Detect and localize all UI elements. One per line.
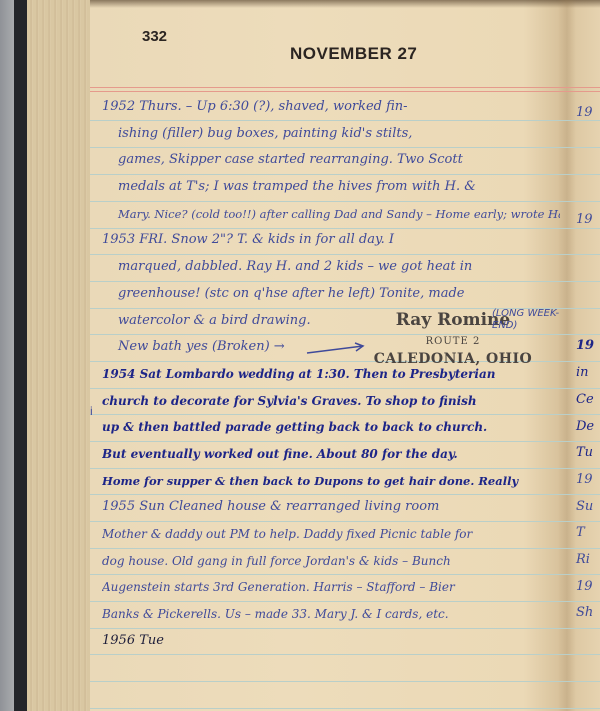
entry-1952-line-2: ishing (filler) bug boxes, painting kid'… bbox=[102, 121, 560, 148]
entry-1952-line-1: 1952 Thurs. – Up 6:30 (?), shaved, worke… bbox=[102, 94, 560, 121]
date-header: NOVEMBER 27 bbox=[290, 44, 417, 64]
fragment: Ce bbox=[576, 387, 600, 414]
fragment: T bbox=[576, 520, 600, 547]
margin-mark: i bbox=[90, 404, 93, 418]
fragment: 19 bbox=[576, 574, 600, 601]
entry-1953-line-1: 1953 FRI. Snow 2"? T. & kids in for all … bbox=[102, 227, 560, 254]
fragment: Su bbox=[576, 494, 600, 521]
entry-1953-line-2: marqued, dabbled. Ray H. and 2 kids – we… bbox=[102, 254, 560, 281]
book-background bbox=[0, 0, 14, 711]
entry-1955-line-2: Mother & daddy out PM to help. Daddy fix… bbox=[102, 521, 560, 548]
entry-1954-line-2: church to decorate for Sylvia's Graves. … bbox=[102, 388, 560, 415]
entry-1955-line-1: 1955 Sun Cleaned house & rearranged livi… bbox=[102, 494, 560, 521]
fragment: in bbox=[576, 360, 600, 387]
page-gutter bbox=[558, 0, 576, 711]
fragment: Sh bbox=[576, 600, 600, 627]
diary-page: 332 NOVEMBER 27 i 1952 Thurs. – Up 6:30 … bbox=[90, 0, 600, 711]
entry-1955-line-5: Banks & Pickerells. Us – made 33. Mary J… bbox=[102, 601, 560, 628]
entry-1952-line-4: medals at T's; I was tramped the hives f… bbox=[102, 174, 560, 201]
entry-1954-line-5: Home for supper & then back to Dupons to… bbox=[102, 468, 560, 495]
ruled-line bbox=[90, 681, 600, 682]
long-weekend-note: (LONG WEEK-END) bbox=[492, 308, 562, 332]
entry-1952-line-3: games, Skipper case started rearranging.… bbox=[102, 147, 560, 174]
entry-1955-line-3: dog house. Old gang in full force Jordan… bbox=[102, 548, 560, 575]
page-top-shadow bbox=[90, 0, 600, 8]
fragment: De bbox=[576, 414, 600, 441]
fragment: 19 bbox=[576, 100, 600, 127]
entry-1954-line-4: But eventually worked out fine. About 80… bbox=[102, 441, 560, 468]
fragment: 19 bbox=[576, 467, 600, 494]
fragment: 19 bbox=[576, 333, 600, 360]
book-cover-edge bbox=[14, 0, 27, 711]
diary-entries: 1952 Thurs. – Up 6:30 (?), shaved, worke… bbox=[102, 94, 560, 654]
fragment: Tu bbox=[576, 440, 600, 467]
entry-1954-line-3: up & then battled parade getting back to… bbox=[102, 414, 560, 441]
entry-1956-line-1: 1956 Tue bbox=[102, 628, 560, 655]
entry-1952-line-5: Mary. Nice? (cold too!!) after calling D… bbox=[102, 201, 560, 228]
entry-1953-line-3: greenhouse! (stc on q'hse after he left)… bbox=[102, 281, 560, 308]
entry-1955-line-4: Augenstein starts 3rd Generation. Harris… bbox=[102, 574, 560, 601]
facing-page-fragments: 19 19 19 in Ce De Tu 19 Su T Ri 19 Sh bbox=[576, 100, 600, 627]
page-stack-edges bbox=[27, 0, 90, 711]
stamp-route: ROUTE 2 bbox=[358, 336, 548, 347]
stamp-city: CALEDONIA, OHIO bbox=[358, 351, 548, 367]
header-red-rule bbox=[90, 87, 600, 92]
fragment: 19 bbox=[576, 207, 600, 234]
fragment: Ri bbox=[576, 547, 600, 574]
ruled-line bbox=[90, 708, 600, 709]
page-number: 332 bbox=[142, 28, 167, 45]
